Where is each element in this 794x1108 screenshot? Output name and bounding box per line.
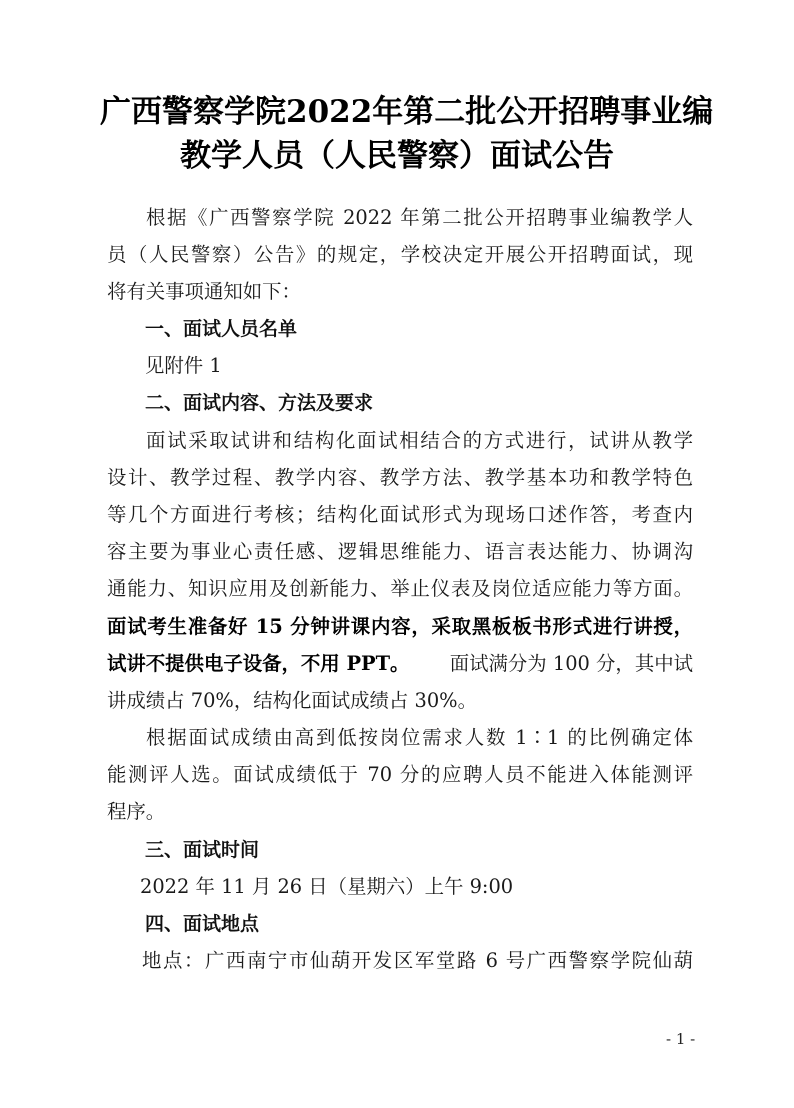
- interview-location: 地点：广西南宁市仙葫开发区军堂路 6 号广西警察学院仙葫: [142, 948, 693, 974]
- method-line-5: 通能力、知识应用及创新能力、举止仪表及岗位适应能力等方面。: [107, 576, 693, 602]
- method-line-1: 面试采取试讲和结构化面试相结合的方式进行，试讲从教学: [146, 428, 693, 454]
- score-text: 面试满分为 100 分，其中试: [450, 651, 693, 677]
- intro-line-1: 根据《广西警察学院 2022 年第二批公开招聘事业编教学人: [146, 205, 693, 231]
- requirement-line-2: 试讲不提供电子设备，不用 PPT。 面试满分为 100 分，其中试: [107, 651, 693, 677]
- method-line-4: 容主要为事业心责任感、逻辑思维能力、语言表达能力、协调沟: [107, 539, 693, 565]
- selection-line-2: 能测评人选。面试成绩低于 70 分的应聘人员不能进入体能测评: [107, 762, 693, 788]
- method-line-2: 设计、教学过程、教学内容、教学方法、教学基本功和教学特色: [107, 465, 693, 491]
- intro-line-3: 将有关事项通知如下：: [107, 279, 693, 305]
- selection-line-3: 程序。: [107, 799, 693, 825]
- requirement-bold-line: 面试考生准备好 15 分钟讲课内容，采取黑板板书形式进行讲授，: [107, 614, 693, 640]
- score-ratio-line: 讲成绩占 70%，结构化面试成绩占 30%。: [107, 688, 693, 714]
- page-number: - 1 -: [666, 1030, 695, 1048]
- section-heading-4: 四、面试地点: [145, 911, 731, 937]
- interview-time: 2022 年 11 月 26 日（星期六）上午 9:00: [140, 874, 726, 900]
- requirement-bold-text: 试讲不提供电子设备，不用 PPT。: [107, 651, 409, 677]
- intro-line-2: 员（人民警察）公告》的规定，学校决定开展公开招聘面试，现: [107, 242, 693, 268]
- method-line-3: 等几个方面进行考核；结构化面试形式为现场口述作答，考查内: [107, 502, 693, 528]
- attachment-reference: 见附件 1: [145, 353, 731, 379]
- section-heading-3: 三、面试时间: [145, 837, 731, 863]
- document-page: 广西警察学院2022年第二批公开招聘事业编 教学人员（人民警察）面试公告 根据《…: [0, 0, 794, 1108]
- section-heading-1: 一、面试人员名单: [145, 316, 731, 342]
- document-title-line-2: 教学人员（人民警察）面试公告: [100, 130, 694, 175]
- selection-line-1: 根据面试成绩由高到低按岗位需求人数 1∶1 的比例确定体: [146, 725, 693, 751]
- document-title-line-1: 广西警察学院2022年第二批公开招聘事业编: [100, 86, 694, 131]
- section-heading-2: 二、面试内容、方法及要求: [145, 390, 731, 416]
